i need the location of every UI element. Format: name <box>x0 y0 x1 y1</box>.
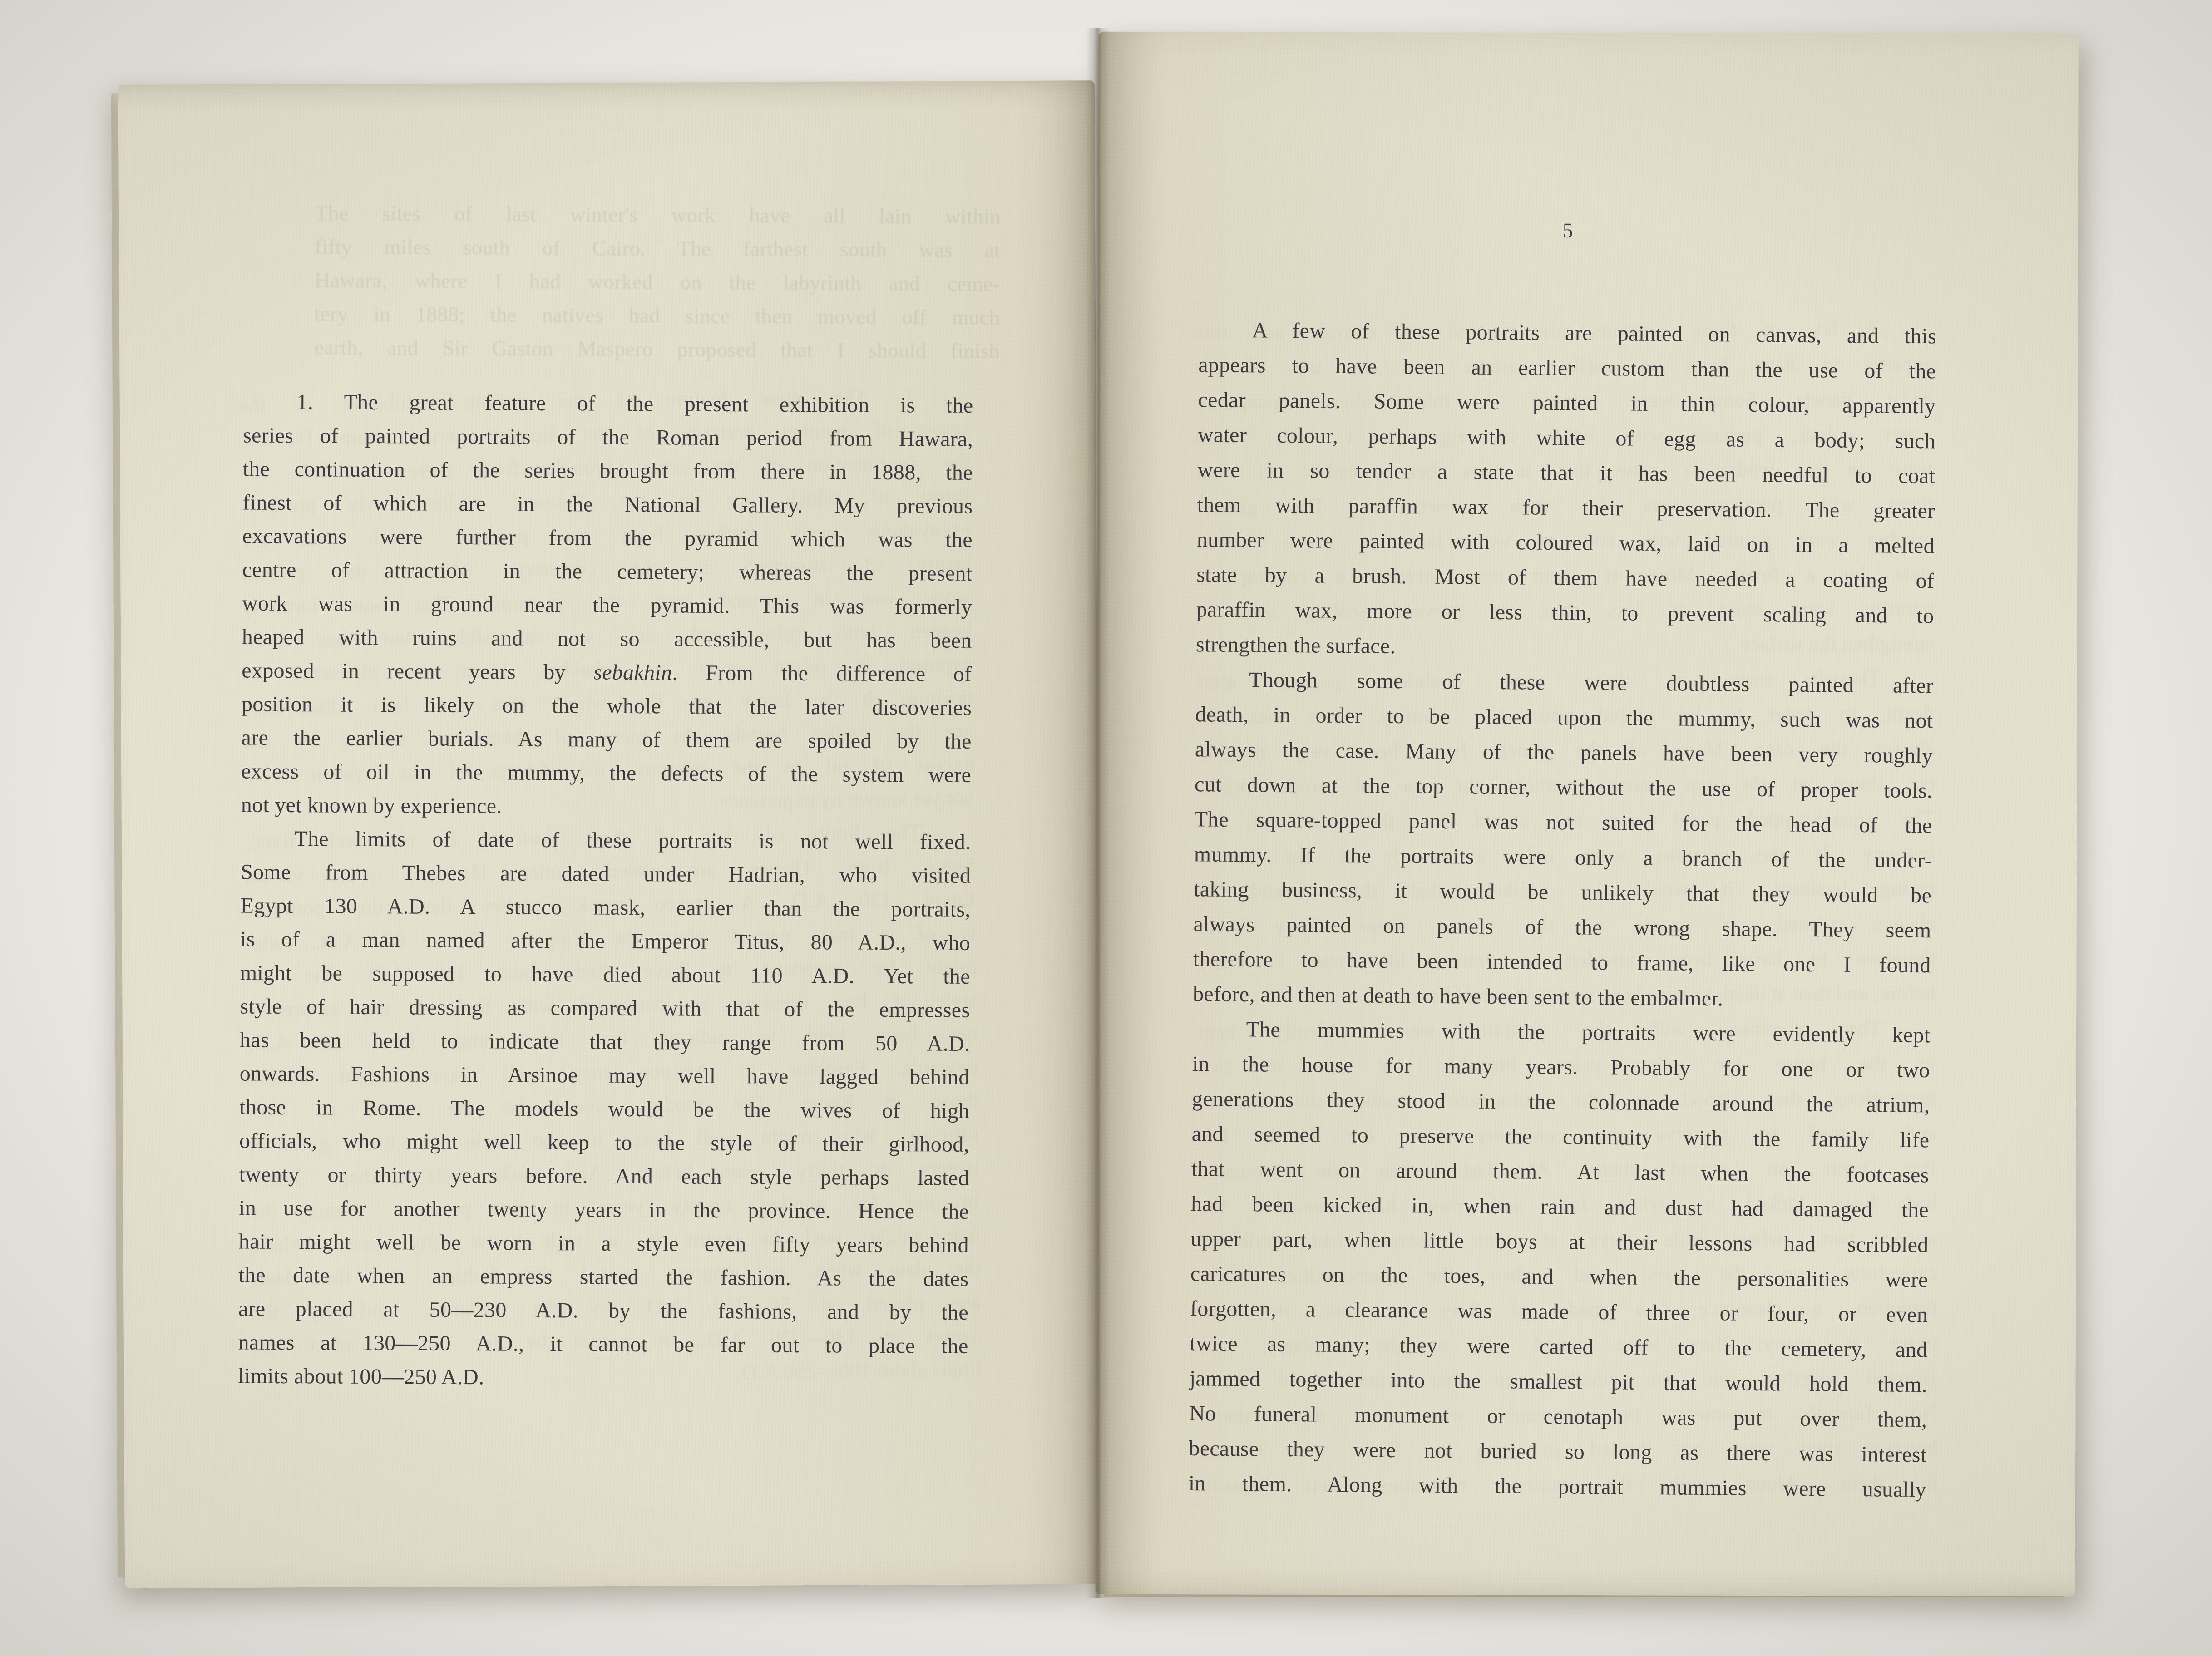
text-line: strengthen the surface. <box>1196 627 1934 668</box>
text-line: state by a brush. Most of them have need… <box>1196 557 1935 598</box>
bleedthrough-line: tery in 1888; the natives had since then… <box>314 297 1000 335</box>
text-line: paraffin wax, more or less thin, to prev… <box>1196 592 1934 633</box>
text-line: 1. The great feature of the present exhi… <box>243 385 973 423</box>
text-line: therefore to have been intended to frame… <box>1193 941 1931 983</box>
text-line: excess of oil in the mummy, the defects … <box>241 755 971 792</box>
text-line: those in Rome. The models would be the w… <box>239 1090 969 1128</box>
bleedthrough-line: The sites of last winter's work have all… <box>315 197 1000 234</box>
text-line: The mummies with the portraits were evid… <box>1192 1011 1931 1053</box>
paragraph: The limits of date of these portraits is… <box>238 822 971 1397</box>
bleedthrough-line: earth, and Sir Gaston Maspero proposed t… <box>314 331 1000 368</box>
text-line: had been kicked in, when rain and dust h… <box>1191 1186 1929 1227</box>
text-line: and seemed to preserve the continuity wi… <box>1191 1116 1930 1158</box>
bleedthrough-line: fifty miles south of Cairo. The farthest… <box>315 230 1000 267</box>
paragraph: A few of these portraits are painted on … <box>1196 312 1937 668</box>
text-line: limits about 100—250 A.D. <box>238 1359 968 1396</box>
text-line: appears to have been an earlier custom t… <box>1198 347 1936 389</box>
text-line: death, in order to be placed upon the mu… <box>1195 697 1933 738</box>
text-line: were in so tender a state that it has be… <box>1197 452 1935 493</box>
text-line: twenty or thirty years before. And each … <box>239 1158 969 1195</box>
right-page: A few of these portraits are painted on … <box>1095 32 2078 1597</box>
text-line: has been held to indicate that they rang… <box>240 1023 970 1060</box>
text-line: series of painted portraits of the Roman… <box>243 419 973 456</box>
text-line: hair might well be worn in a style even … <box>239 1225 969 1262</box>
text-line: Some from Thebes are dated under Hadrian… <box>241 855 971 892</box>
text-line: generations they stood in the colonnade … <box>1192 1081 1930 1123</box>
text-line: finest of which are in the National Gall… <box>242 486 973 523</box>
text-line: heaped with ruins and not so accessible,… <box>242 621 972 658</box>
text-line: is of a man named after the Emperor Titu… <box>240 922 970 960</box>
paragraph: 1. The great feature of the present exhi… <box>241 385 973 826</box>
paragraph: The mummies with the portraits were evid… <box>1188 1011 1930 1507</box>
left-page: 1. The great feature of the present exhi… <box>118 80 1101 1588</box>
text-line: in the house for many years. Probably fo… <box>1192 1046 1931 1088</box>
text-line: The square-topped panel was not suited f… <box>1194 802 1932 843</box>
text-line: because they were not buried so long as … <box>1189 1431 1927 1472</box>
page-number: 5 <box>1199 214 1936 247</box>
text-line: number were painted with coloured wax, l… <box>1197 522 1935 563</box>
text-line: not yet known by experience. <box>241 789 971 826</box>
desk-background: 1. The great feature of the present exhi… <box>0 0 2212 1656</box>
paragraph: Though some of these were doubtless pain… <box>1193 662 1934 1018</box>
text-line: water colour, perhaps with white of egg … <box>1198 417 1936 458</box>
text-line: taking business, it would be unlikely th… <box>1194 872 1932 913</box>
text-line: cut down at the top corner, without the … <box>1195 767 1933 808</box>
text-line: officials, who might well keep to the st… <box>239 1124 969 1161</box>
left-page-text: 1. The great feature of the present exhi… <box>238 385 973 1397</box>
text-line: always the case. Many of the panels have… <box>1195 732 1933 773</box>
text-line: work was in ground near the pyramid. Thi… <box>242 587 972 624</box>
text-line: position it is likely on the whole that … <box>242 688 972 725</box>
text-line: the date when an empress started the fas… <box>238 1258 968 1296</box>
text-line: The limits of date of these portraits is… <box>241 822 971 859</box>
text-line: that went on around them. At last when t… <box>1191 1151 1930 1193</box>
text-line: cedar panels. Some were painted in thin … <box>1198 382 1936 424</box>
text-line: in them. Along with the portrait mummies… <box>1188 1466 1926 1507</box>
text-line: mummy. If the portraits were only a bran… <box>1194 837 1932 878</box>
text-line: No funeral monument or cenotaph was put … <box>1189 1396 1927 1437</box>
text-line: forgotten, a clearance was made of three… <box>1190 1291 1928 1332</box>
text-line: onwards. Fashions in Arsinoe may well ha… <box>240 1057 970 1094</box>
bleedthrough-line: Hawara, where I had worked on the labyri… <box>315 264 1000 301</box>
text-line: are the earlier burials. As many of them… <box>241 721 971 759</box>
text-line: style of hair dressing as compared with … <box>240 990 970 1027</box>
right-page-text: A few of these portraits are painted on … <box>1188 312 1936 1507</box>
text-line: them with paraffin wax for their preserv… <box>1197 487 1935 528</box>
text-line: Though some of these were doubtless pain… <box>1195 662 1934 703</box>
text-line: A few of these portraits are painted on … <box>1199 312 1937 354</box>
text-line: in use for another twenty years in the p… <box>239 1191 969 1228</box>
bleedthrough-text: The sites of last winter's work have all… <box>314 197 1001 368</box>
text-line: might be supposed to have died about 110… <box>240 956 970 993</box>
text-line: excavations were further from the pyrami… <box>242 520 973 557</box>
text-line: are placed at 50—230 A.D. by the fashion… <box>238 1292 968 1329</box>
text-line: always painted on panels of the wrong sh… <box>1193 907 1931 948</box>
text-line: twice as many; they were carted off to t… <box>1190 1326 1928 1367</box>
text-line: before, and then at death to have been s… <box>1193 976 1931 1018</box>
text-line: names at 130—250 A.D., it cannot be far … <box>238 1326 968 1363</box>
text-line: upper part, when little boys at their le… <box>1190 1221 1929 1262</box>
text-line: centre of attraction in the cemetery; wh… <box>242 553 972 591</box>
text-line: Egypt 130 A.D. A stucco mask, earlier th… <box>240 889 970 926</box>
text-line: jammed together into the smallest pit th… <box>1189 1361 1927 1402</box>
text-line: caricatures on the toes, and when the pe… <box>1190 1256 1928 1297</box>
text-line: exposed in recent years by sebakhin. Fro… <box>242 654 972 691</box>
text-line: the continuation of the series brought f… <box>243 453 973 490</box>
